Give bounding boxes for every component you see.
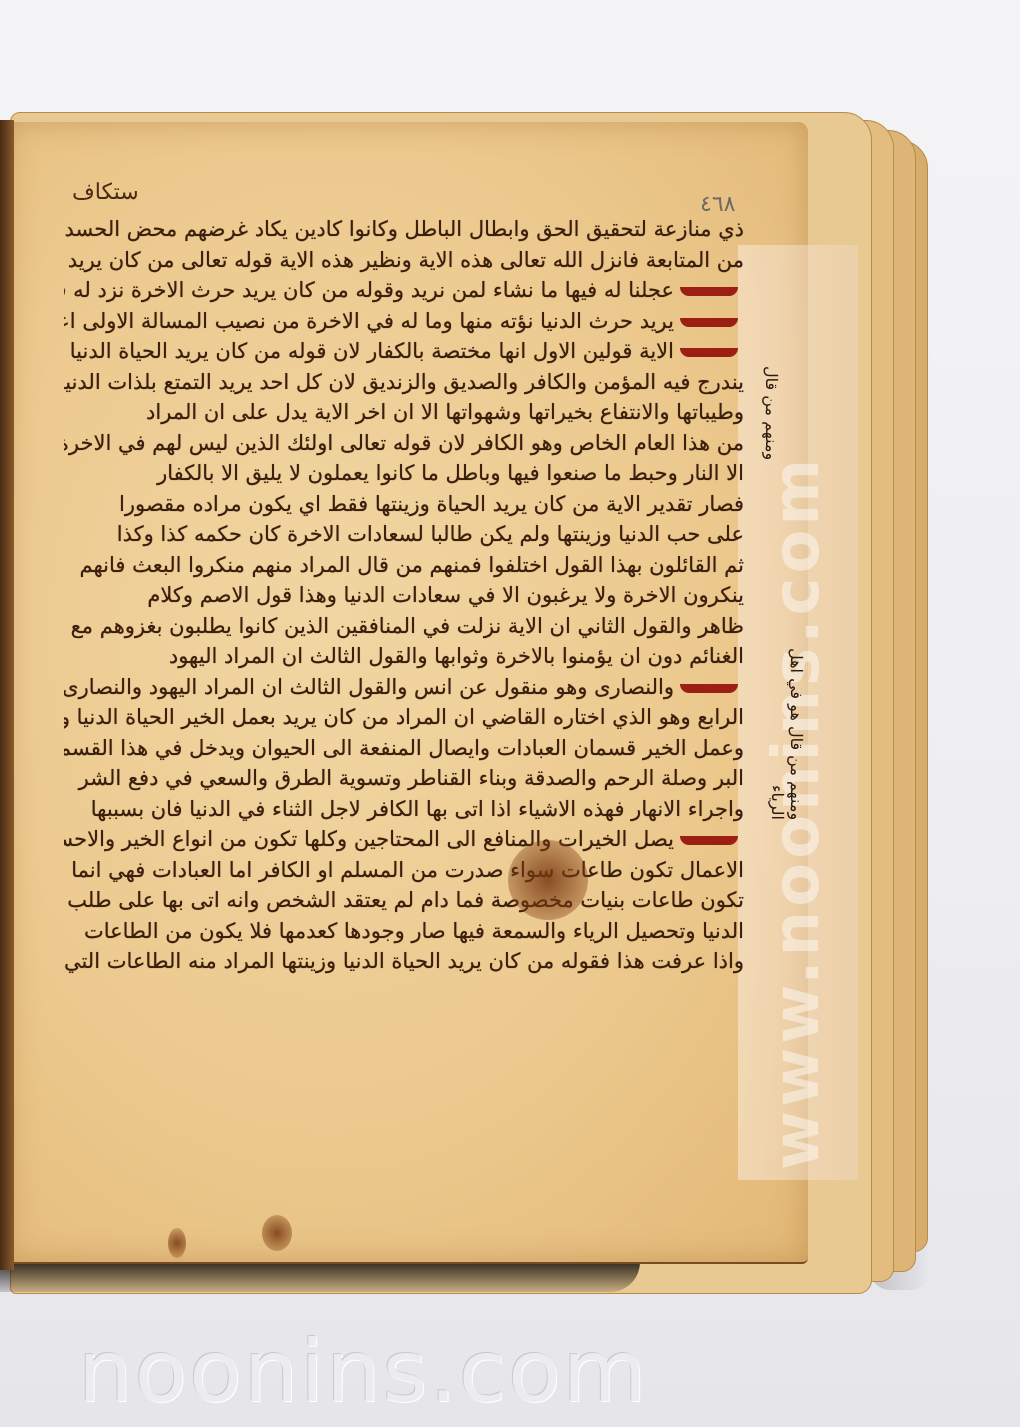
text-line: وعمل الخير قسمان العبادات وايصال المنفعة… (64, 733, 744, 764)
text-line: يريد حرث الدنيا نؤته منها وما له في الاخ… (64, 306, 744, 337)
rubric-mark (680, 836, 738, 845)
text-line: وطيباتها والانتفاع بخيراتها وشهواتها الا… (64, 397, 744, 428)
text-line: ظاهر والقول الثاني ان الاية نزلت في المن… (64, 611, 744, 642)
text-line: من المتابعة فانزل الله تعالى هذه الاية و… (64, 245, 744, 276)
rubric-mark (680, 348, 738, 357)
book-spine (0, 120, 14, 1270)
text-line: الاعمال تكون طاعات سواء صدرت من المسلم ا… (64, 855, 744, 886)
margin-note: ومنهم من قال هو في اهل الرياء (768, 620, 806, 820)
text-line: ذي منازعة لتحقيق الحق وابطال الباطل وكان… (64, 214, 744, 245)
ink-stain (508, 840, 588, 920)
manuscript-text: ذي منازعة لتحقيق الحق وابطال الباطل وكان… (64, 214, 744, 977)
text-line: على حب الدنيا وزينتها ولم يكن طالبا لسعا… (64, 519, 744, 550)
rubric-mark (680, 684, 738, 693)
text-line: الاية قولين الاول انها مختصة بالكفار لان… (64, 336, 744, 367)
catchword: ستكاف (72, 180, 139, 205)
text-line: ينكرون الاخرة ولا يرغبون الا في سعادات ا… (64, 580, 744, 611)
ink-stain (168, 1228, 186, 1258)
text-line: واذا عرفت هذا فقوله من كان يريد الحياة ا… (64, 946, 744, 977)
text-line: عجلنا له فيها ما نشاء لمن نريد وقوله من … (64, 275, 744, 306)
text-line: الرابع وهو الذي اختاره القاضي ان المراد … (64, 702, 744, 733)
text-line: والنصارى وهو منقول عن انس والقول الثالث … (64, 672, 744, 703)
margin-note: ومنهم من قال (762, 300, 781, 460)
rubric-mark (680, 318, 738, 327)
text-line: فصار تقدير الاية من كان يريد الحياة وزين… (64, 489, 744, 520)
text-line: يصل الخيرات والمنافع الى المحتاجين وكلها… (64, 824, 744, 855)
text-line: ثم القائلون بهذا القول اختلفوا فمنهم من … (64, 550, 744, 581)
ink-stain (262, 1215, 292, 1251)
text-line: تكون طاعات بنيات مخصوصة فما دام لم يعتقد… (64, 885, 744, 916)
text-line: الا النار وحبط ما صنعوا فيها وباطل ما كا… (64, 458, 744, 489)
text-line: البر وصلة الرحم والصدقة وبناء القناطر وت… (64, 763, 744, 794)
vertical-watermark: www.noonins.com (760, 470, 840, 1170)
text-line: واجراء الانهار فهذه الاشياء اذا اتى بها … (64, 794, 744, 825)
book-bottom-shadow (0, 1262, 640, 1292)
text-line: يندرج فيه المؤمن والكافر والصديق والزندي… (64, 367, 744, 398)
embossed-watermark: noonins.com (78, 1322, 698, 1422)
text-line: الدنيا وتحصيل الرياء والسمعة فيها صار وج… (64, 916, 744, 947)
rubric-mark (680, 287, 738, 296)
text-line: الغنائم دون ان يؤمنوا بالاخرة وثوابها وا… (64, 641, 744, 672)
text-line: من هذا العام الخاص وهو الكافر لان قوله ت… (64, 428, 744, 459)
